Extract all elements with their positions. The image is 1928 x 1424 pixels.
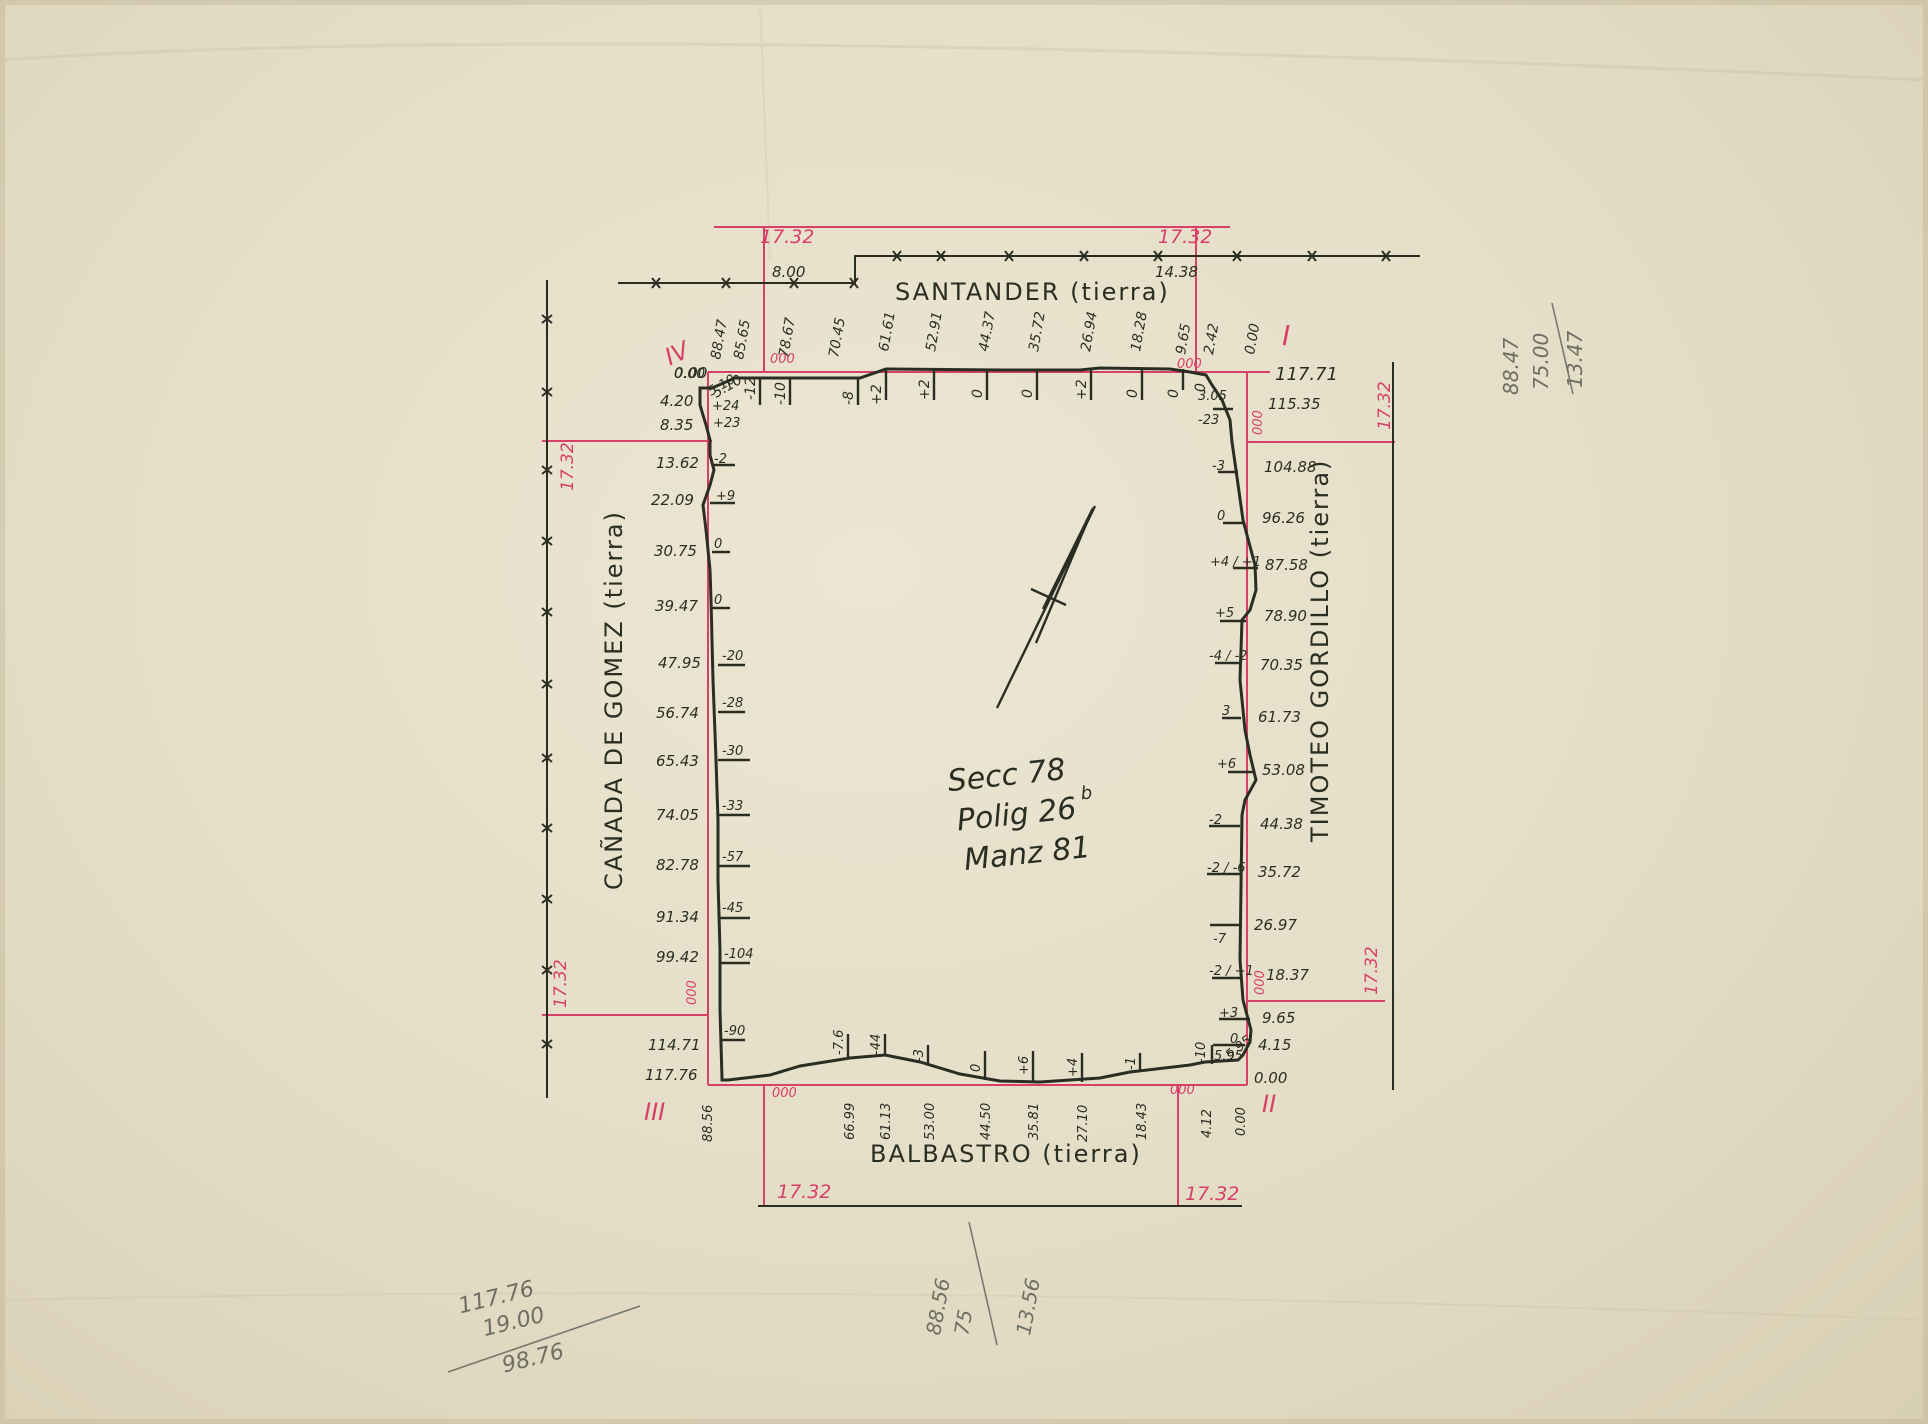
station: 96.26 — [1262, 509, 1305, 527]
offset: +4 — [1066, 1058, 1081, 1077]
manzana-label: Manz 81 — [962, 830, 1092, 878]
offset: +3 — [1219, 1006, 1238, 1021]
station: 91.34 — [656, 908, 699, 926]
block-outline — [700, 368, 1258, 1082]
width-label: 17.32 — [777, 1181, 831, 1203]
station: 66.99 — [843, 1103, 858, 1140]
offset: -7 — [1213, 932, 1227, 947]
corner-III: III — [644, 1098, 665, 1126]
zero-mark: 000 — [1170, 1083, 1195, 1098]
zero-mark: 000 — [1177, 357, 1202, 372]
station: 35.72 — [1026, 310, 1049, 352]
station: 18.43 — [1135, 1103, 1150, 1140]
offset: +6 — [1017, 1056, 1032, 1075]
street-offset-left: 8.00 — [772, 263, 805, 281]
seccion-label: Secc 78 — [946, 752, 1067, 799]
station: 104.88 — [1264, 458, 1317, 476]
width-label: 17.32 — [760, 226, 814, 248]
station: 26.97 — [1254, 916, 1297, 934]
station: 115.35 — [1268, 395, 1321, 413]
cadastral-plan: Secc 78 Polig 26 b Manz 81 SANTANDER (ti… — [0, 0, 1928, 1424]
offset: 0 — [1217, 509, 1225, 524]
offset: +9 — [716, 489, 735, 504]
station: 22.09 — [651, 491, 694, 509]
width-label: 17.32 — [1362, 946, 1382, 995]
offset: -3 — [912, 1049, 927, 1062]
offset: +24 — [712, 399, 739, 414]
station: 35.72 — [1258, 863, 1301, 881]
offset: -12 — [743, 377, 759, 400]
offset: 0 — [714, 593, 722, 608]
offset: -4 / -2 — [1209, 649, 1248, 664]
zero-mark: 000 — [1251, 410, 1266, 435]
width-label: 17.32 — [558, 442, 578, 491]
station: 18.28 — [1128, 310, 1151, 352]
offset: -2 — [714, 452, 727, 467]
offset: -57 — [722, 850, 744, 865]
corner-I: I — [1282, 319, 1290, 352]
offset: -23 — [1198, 413, 1219, 428]
street-name-west: CAÑADA DE GOMEZ (tierra) — [598, 510, 628, 890]
zero-mark: 000 — [772, 1086, 797, 1101]
station: 44.37 — [976, 310, 999, 352]
station: 4.15 — [1258, 1036, 1291, 1054]
station: 99.42 — [656, 948, 699, 966]
zero-mark: 000 — [685, 980, 700, 1005]
station: 53.08 — [1262, 761, 1305, 779]
station: 114.71 — [648, 1036, 701, 1054]
offset: 0 — [714, 537, 722, 552]
station: 4.20 — [660, 392, 693, 410]
zero-marks: 000 000 000 000 000 000 000 — [685, 352, 1268, 1101]
offset: -2 — [1209, 813, 1222, 828]
station: 78.67 — [776, 316, 799, 358]
offset: -2 / +1 — [1209, 964, 1254, 979]
calc-line: 88.47 — [1499, 337, 1523, 395]
street-name-north: SANTANDER (tierra) — [895, 278, 1170, 306]
offset: 3 — [1222, 704, 1230, 719]
station: 0.00 — [1234, 1107, 1249, 1136]
pencil-calc-bottom-left: 117.76 19.00 98.76 — [448, 1273, 640, 1385]
station: 26.94 — [1078, 310, 1101, 352]
survey-sheet: Secc 78 Polig 26 b Manz 81 SANTANDER (ti… — [0, 0, 1928, 1424]
station: 9.65 — [1262, 1009, 1295, 1027]
pencil-calc-right: 88.47 75.00 13.47 — [1499, 303, 1587, 395]
station: 61.61 — [876, 310, 899, 352]
station: 44.38 — [1260, 815, 1303, 833]
offset: 0 — [1020, 389, 1036, 398]
offset: -33 — [722, 799, 743, 814]
pencil-calc-bottom-center: 88.56 75 13.56 — [921, 1222, 1045, 1345]
west-edge-stations: 0.00 4.20 8.35 13.62 22.09 30.75 39.47 4… — [645, 364, 707, 1084]
offset: -8 — [841, 391, 857, 405]
station: 0.00 — [1254, 1069, 1287, 1087]
street-name-east: TIMOTEO GORDILLO (tierra) — [1306, 459, 1334, 843]
offset: -45 — [722, 901, 743, 916]
offset: -1 — [1124, 1057, 1139, 1070]
station: 47.95 — [658, 654, 701, 672]
station: 44.50 — [979, 1103, 994, 1140]
offset: +23 — [713, 416, 740, 431]
offset: -30 — [722, 744, 743, 759]
station: 117.71 — [1275, 364, 1338, 385]
station: 9.65 — [1173, 322, 1194, 356]
station: 82.78 — [656, 856, 699, 874]
station: 61.13 — [879, 1103, 894, 1140]
station: 8.35 — [660, 416, 693, 434]
poligono-label: Polig 26 — [955, 791, 1078, 838]
offset: -104 — [724, 947, 754, 962]
offset: -44 — [869, 1034, 884, 1055]
station: 88.56 — [701, 1105, 716, 1142]
offset: +5 — [1215, 606, 1234, 621]
offset: +4 / +1 — [1210, 555, 1261, 570]
station: 2.42 — [1201, 322, 1222, 356]
south-edge-offsets: -7.6 -44 -3 0 +6 +4 -1 -10 5.95 — [832, 1030, 1255, 1077]
offset: 0 — [969, 1064, 984, 1072]
offset: -10 — [773, 382, 789, 405]
south-edge-stations: 88.56 66.99 61.13 53.00 44.50 35.81 27.1… — [701, 1103, 1249, 1142]
station: 88.47 — [708, 318, 731, 360]
station: 13.62 — [656, 454, 699, 472]
offset: +2 — [869, 384, 885, 405]
station: 85.65 — [731, 318, 754, 360]
station: 53.00 — [923, 1103, 938, 1140]
offset: 0 — [1125, 389, 1141, 398]
station: 78.90 — [1264, 607, 1307, 625]
north-arrow-icon — [997, 506, 1095, 708]
offset: -28 — [722, 696, 743, 711]
width-label: 17.32 — [1185, 1183, 1239, 1205]
station: 0.00 — [674, 364, 707, 382]
station: 39.47 — [655, 597, 698, 615]
station: 4.12 — [1200, 1109, 1215, 1138]
width-label: 17.32 — [1158, 226, 1212, 248]
station: 65.43 — [656, 752, 699, 770]
station: 52.91 — [923, 310, 946, 352]
station: 0.00 — [1242, 322, 1263, 356]
offset: +2 — [917, 379, 933, 400]
offset: -3 — [1212, 459, 1225, 474]
offset: -20 — [722, 649, 743, 664]
block-identifier: Secc 78 Polig 26 b Manz 81 — [946, 750, 1100, 879]
offset: -90 — [724, 1024, 745, 1039]
station: 70.45 — [826, 316, 849, 358]
calc-line: 13.47 — [1563, 330, 1587, 388]
corner-II: II — [1262, 1090, 1276, 1118]
offset: 0 — [1166, 389, 1182, 398]
paper-texture — [0, 0, 1928, 1424]
width-label: 17.32 — [1375, 381, 1395, 430]
station: 70.35 — [1260, 656, 1303, 674]
offset: +2 — [1074, 379, 1090, 400]
offset: -10 — [1194, 1042, 1209, 1063]
street-name-south: BALBASTRO (tierra) — [870, 1140, 1142, 1168]
station: 30.75 — [654, 542, 697, 560]
station: 117.76 — [645, 1066, 698, 1084]
east-edge-offsets: 3.05 -23 -3 0 +4 / +1 +5 -4 / -2 3 +6 -2… — [1198, 389, 1261, 1064]
station: 35.81 — [1027, 1103, 1042, 1140]
calc-line: 75.00 — [1529, 333, 1553, 390]
poligono-superscript: b — [1080, 782, 1094, 804]
station: 18.37 — [1266, 966, 1309, 984]
offset: 0 — [970, 389, 986, 398]
calc-line: 13.56 — [1011, 1276, 1045, 1337]
station: 74.05 — [656, 806, 699, 824]
offset: 3.05 — [1198, 389, 1227, 404]
station: 56.74 — [656, 704, 699, 722]
station: 27.10 — [1076, 1105, 1091, 1142]
offset: -7.6 — [832, 1030, 847, 1055]
station: 61.73 — [1258, 708, 1301, 726]
station: 87.58 — [1265, 556, 1308, 574]
calc-line: 98.76 — [500, 1339, 567, 1378]
offset: -2 / -6 — [1207, 861, 1246, 876]
street-offset-right: 14.38 — [1155, 263, 1198, 281]
calc-line: 75 — [949, 1308, 977, 1337]
offset: +6 — [1217, 757, 1236, 772]
width-label: 17.32 — [551, 959, 571, 1008]
